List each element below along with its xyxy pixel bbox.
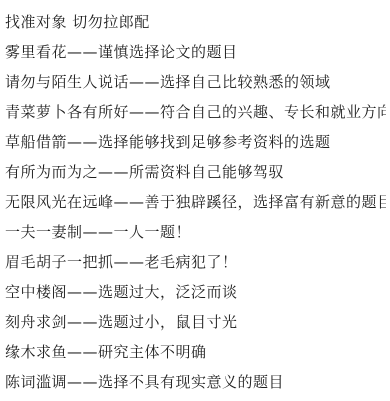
document-line-5: 草船借箭——选择能够找到足够参考资料的选题 [5,127,386,157]
document-line-3: 请勿与陌生人说话——选择自己比较熟悉的领域 [5,67,386,97]
document-line-4: 青菜萝卜各有所好——符合自己的兴趣、专长和就业方向 [5,97,386,127]
document-line-8: 一夫一妻制——一人一题！ [5,217,386,247]
document-line-13: 陈词滥调——选择不具有现实意义的题目 [5,367,386,397]
document-page: 找准对象 切勿拉郎配 雾里看花——谨慎选择论文的题目 请勿与陌生人说话——选择自… [0,0,390,401]
document-line-1: 找准对象 切勿拉郎配 [5,7,386,37]
document-line-6: 有所为而为之——所需资料自己能够驾驭 [5,157,386,187]
document-line-7: 无限风光在远峰——善于独辟蹊径，选择富有新意的题目 [5,187,386,217]
document-line-10: 空中楼阁——选题过大，泛泛而谈 [5,277,386,307]
document-line-11: 刻舟求剑——选题过小，鼠目寸光 [5,307,386,337]
document-line-9: 眉毛胡子一把抓——老毛病犯了！ [5,247,386,277]
document-line-12: 缘木求鱼——研究主体不明确 [5,337,386,367]
document-line-2: 雾里看花——谨慎选择论文的题目 [5,37,386,67]
